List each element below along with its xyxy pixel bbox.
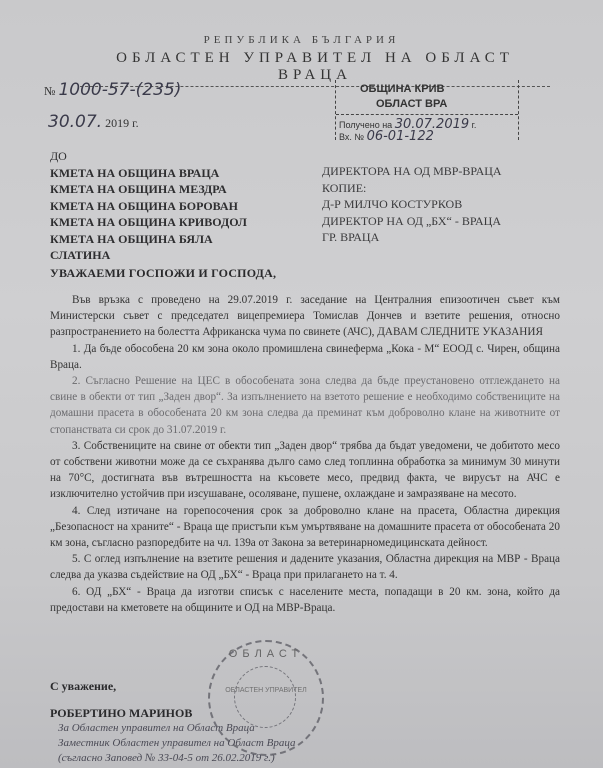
closing: С уважение, [50,679,116,694]
instruction-item: 5. С оглед изпълнение на взетите решения… [50,551,560,583]
addressee-line: КМЕТА НА ОБЩИНА БЯЛА [50,231,247,248]
handwritten-number: 1000-57-(235) [58,80,181,100]
stamp-entry-row: Вх. № 06-01-122 [339,129,434,144]
copy-recipients-block: ДИРЕКТОРА НА ОД МВР-ВРАЦА КОПИЕ: Д-Р МИЛ… [322,163,502,246]
addressee-line: КМЕТА НА ОБЩИНА МЕЗДРА [50,181,247,198]
signer-order-line: (съгласно Заповед № 33-04-5 от 26.02.201… [58,752,275,764]
addressee-line: КМЕТА НА ОБЩИНА БОРОВАН [50,198,247,215]
stamp-line-2: ОБЛАСТ ВРА [376,98,447,110]
addressee-line: КМЕТА НА ОБЩИНА КРИВОДОЛ [50,214,247,231]
letter-body: Във връзка с проведено на 29.07.2019 г. … [50,292,560,616]
handwritten-date: 30.07. [48,112,102,132]
to-label: ДО [50,148,247,165]
cc-line: ГР. ВРАЦА [322,229,502,246]
instruction-item: 4. След изтичане на горепосочения срок з… [50,503,560,552]
registration-number: № 1000-57-(235) [44,80,181,100]
seal-inner-ring [234,666,296,728]
number-prefix: № [44,84,55,98]
registration-date: 30.07. 2019 г. [48,112,139,132]
document-page: РЕПУБЛИКА БЪЛГАРИЯ ОБЛАСТЕН УПРАВИТЕЛ НА… [0,0,603,768]
date-suffix: 2019 г. [105,116,139,130]
cc-line: ДИРЕКТОРА НА ОД МВР-ВРАЦА [322,163,502,180]
intro-paragraph: Във връзка с проведено на 29.07.2019 г. … [50,292,560,341]
seal-ring-text: ОБЛАСТ [210,648,322,660]
official-seal: ОБЛАСТ ОБЛАСТЕН УПРАВИТЕЛ [208,640,324,756]
addressee-line: КМЕТА НА ОБЩИНА ВРАЦА [50,165,247,182]
instruction-item: 3. Собствениците на свине от обекти тип … [50,438,560,503]
cc-line: Д-Р МИЛЧО КОСТУРКОВ [322,196,502,213]
entry-number: 06-01-122 [367,129,434,144]
addressee-line: СЛАТИНА [50,247,247,264]
salutation: УВАЖАЕМИ ГОСПОЖИ И ГОСПОДА, [50,266,276,281]
incoming-stamp: ОБЩИНА КРИВ ОБЛАСТ ВРА Получено на 30.07… [335,80,519,140]
received-suffix: г. [472,120,477,130]
stamp-line-1: ОБЩИНА КРИВ [360,83,444,95]
cc-line: КОПИЕ: [322,180,502,197]
entry-label: Вх. № [339,132,364,142]
cc-line: ДИРЕКТОР НА ОД „БХ“ - ВРАЦА [322,213,502,230]
instruction-item: 2. Съгласно Решение на ЦЕС в обособената… [50,373,560,438]
instruction-item: 1. Да бъде обособена 20 км зона около пр… [50,341,560,373]
seal-center-text: ОБЛАСТЕН УПРАВИТЕЛ [210,686,322,695]
country-header: РЕПУБЛИКА БЪЛГАРИЯ [0,34,603,46]
signer-name: РОБЕРТИНО МАРИНОВ [50,706,192,721]
stamp-box: Получено на 30.07.2019 г. Вх. № 06-01-12… [336,114,518,143]
addressee-block: ДО КМЕТА НА ОБЩИНА ВРАЦА КМЕТА НА ОБЩИНА… [50,148,247,264]
instruction-item: 6. ОД „БХ“ - Враца да изготви списък с н… [50,584,560,616]
